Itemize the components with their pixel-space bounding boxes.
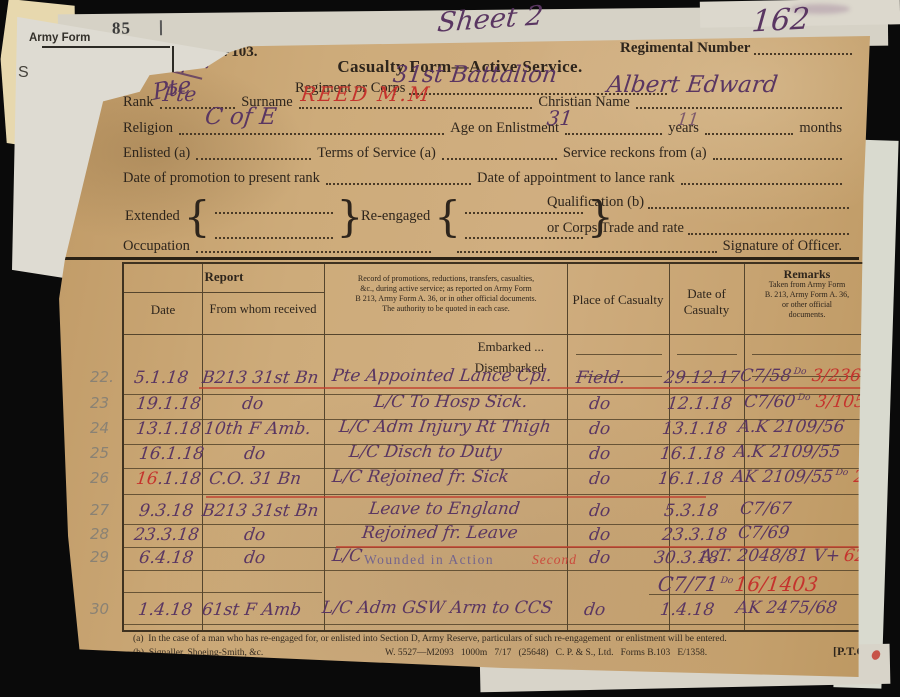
table-row: 301.4.1861st F AmbL/C Adm GSW Arm to CCS… [124,600,866,626]
cell-place-of-casualty: do [588,446,611,463]
red-ink-line [206,496,706,498]
dotted-line [754,41,852,55]
row-number: 25 [90,444,109,462]
lance-rank-label: Date of appointment to lance rank [477,170,675,187]
cell-date-of-casualty: 1.4.18 [659,602,715,619]
wounded-in-action-stamp: Wounded in Action [364,552,494,568]
cell-from-whom: B213 31st Bn [201,370,319,387]
cell-report-date: 5.1.18 [133,370,189,387]
age-years-value: 31 [546,108,574,128]
cell-date-of-casualty: 5.3.18 [663,503,719,520]
extended-label: Extended [125,208,180,225]
row-number: 27 [90,501,109,519]
cell-from-whom: do [243,527,266,544]
row-number: 29 [90,548,109,566]
entry-line [576,354,662,355]
dotted-line [457,239,716,253]
cell-place-of-casualty: Field. [575,370,626,387]
dotted-line [705,121,793,135]
cell-record: L/C Rejoined fr. Sick [331,469,510,486]
dotted-line [648,195,849,209]
promotion-label: Date of promotion to present rank [123,170,320,187]
cell-record: L/C Adm Injury Rt Thigh [338,419,552,436]
report-header: Report [124,269,324,285]
row-number: 26 [90,469,109,487]
footnote-a: (a) In the case of a man who has re-enga… [133,634,727,644]
underlying-letter: S [18,64,29,82]
cell-from-whom: do [241,396,264,413]
left-brace: { [184,197,211,237]
row-number: 28 [90,525,109,543]
row-number: 22. [90,368,114,386]
cell-remarks: C7/58Do3/236 [739,368,862,385]
dotted-line [688,221,849,235]
religion-value: C of E [204,106,278,129]
cell-report-date: 19.1.18 [135,396,202,413]
underlying-form-label: Army Form [29,32,90,44]
cell-date-of-casualty: 23.3.18 [661,527,728,544]
cell-report-date: 9.3.18 [138,503,194,520]
cell-date-of-casualty: 12.1.18 [666,396,733,413]
months-label: months [799,120,842,137]
cell-remarks-line2: C7/71Do16/1403 [657,574,819,594]
scanned-document-page: 85 Army Form S Army Form B. 103. Regimen… [0,0,900,697]
red-ink-line [199,387,870,389]
left-brace: { [434,197,461,237]
cell-from-whom: 61st F Amb [201,602,302,619]
entry-line [677,354,737,355]
row-rule [649,594,870,595]
row-number: 24 [90,419,109,437]
dotted-line [215,200,333,214]
cell-record: L/C Adm GSW Arm to CCS [321,600,553,617]
dotted-line [196,146,311,160]
age-months-value: 11 [676,112,700,129]
cell-report-date: 16.1.18 [135,471,202,488]
second-occasion-stamp: Second [532,552,577,568]
cell-report-date: 6.4.18 [138,550,194,567]
header-divider [124,292,324,293]
cell-report-date: 13.1.18 [135,421,202,438]
cell-remarks: A.K 2109/56 [737,419,846,436]
printer-imprint: W. 5527—M2093 1000m 7/17 (25648) C. P. &… [385,648,707,658]
cell-date-of-casualty: 13.1.18 [661,421,728,438]
cell-place-of-casualty: do [588,503,611,520]
cell-from-whom: B213 31st Bn [201,503,319,520]
regimental-number-value: 162 [751,5,811,38]
cell-report-date: 23.3.18 [133,527,200,544]
remarks-column-subheader: Taken from Army Form B. 213, Army Form A… [746,280,868,320]
cell-remarks: C7/60Do3/105 [743,394,866,411]
cell-date-of-casualty: 29.12.17 [663,370,741,387]
tick-mark [160,20,162,35]
rank-label: Rank [123,94,154,111]
footnote-b: (b) Signaller, Shoeing-Smith, &c. [133,648,263,658]
cell-place-of-casualty: do [588,527,611,544]
row-rule [124,419,870,420]
cell-from-whom: do [243,550,266,567]
ruled-line [42,46,170,48]
casualty-date-column-header: Date of Casualty [669,286,744,318]
red-ink-line [336,546,870,548]
corps-trade-label: or Corps Trade and rate [547,220,684,237]
table-row: 22.5.1.18B213 31st BnPte Appointed Lance… [124,368,866,394]
right-brace: } [337,197,364,237]
cell-record: Rejoined fr. Leave [361,525,519,542]
place-column-header: Place of Casualty [567,292,669,308]
cell-remarks: AK 2475/68 [735,600,838,617]
row-rule [124,524,870,525]
cell-place-of-casualty: do [588,550,611,567]
casualty-record-table: Report Date From whom received Record of… [122,262,868,632]
row-rule [124,468,870,469]
cell-record: L/C To Hosp Sick. [373,394,529,411]
age-label: Age on Enlistment [450,120,559,137]
row-rule [124,394,870,395]
cell-record-prefix: L/C [331,548,363,565]
header-bottom-divider [124,334,870,335]
cell-remarks: A.K 2109/55 [733,444,842,461]
cell-place-of-casualty: do [588,396,611,413]
cell-remarks: C7/69 [737,525,790,542]
row-rule [124,494,870,495]
cell-remarks: A.T. 2048/81 V+623 [699,548,877,565]
occupation-label: Occupation [123,238,190,255]
date-column-header: Date [124,302,202,318]
dotted-line [681,171,842,185]
cell-date-of-casualty: 16.1.18 [659,446,726,463]
embarked-label: Embarked ... [424,339,544,355]
cell-from-whom: do [243,446,266,463]
cell-place-of-casualty: do [588,421,611,438]
rank-value: Pte [162,84,198,104]
cell-record: L/C Disch to Duty [348,444,503,461]
sheet-number-annotation: Sheet 2 [436,2,544,36]
dotted-line [326,171,471,185]
dotted-line [713,146,842,160]
cell-report-date: 16.1.18 [138,446,205,463]
cell-place-of-casualty: do [583,602,606,619]
dotted-line [215,225,333,239]
service-reckons-label: Service reckons from (a) [563,145,707,162]
surname-value: REED M.M [300,84,432,104]
cell-from-whom: C.O. 31 Bn [208,471,302,488]
casualty-form: Army Form B. 103. Regimental Number Casu… [55,36,870,677]
religion-label: Religion [123,120,173,137]
terms-of-service-label: Terms of Service (a) [317,145,436,162]
row-number: 23 [90,394,109,412]
reengaged-label: Re-engaged [361,208,430,225]
christian-name-value: Albert Edward [606,74,779,97]
dotted-line [565,121,662,135]
from-whom-column-header: From whom received [202,302,324,317]
qualification-label: Qualification (b) [547,194,644,211]
row-rule [124,570,870,571]
row-number: 30 [90,600,109,618]
signature-label: Signature of Officer. [723,238,842,255]
cell-remarks: C7/67 [739,501,792,518]
record-column-header: Record of promotions, reductions, transf… [328,274,564,314]
dotted-line [442,146,557,160]
cell-date-of-casualty: 16.1.18 [657,471,724,488]
enlisted-label: Enlisted (a) [123,145,190,162]
cell-record: Leave to England [368,501,521,518]
section-divider [63,257,859,260]
row-rule [124,624,870,625]
cell-place-of-casualty: do [588,471,611,488]
entry-line [752,354,864,355]
cell-from-whom: 10th F Amb. [203,421,312,438]
regimental-number-label: Regimental Number [620,40,750,57]
cell-record: Pte Appointed Lance Cpl. [331,368,553,385]
cell-report-date: 1.4.18 [137,602,193,619]
row-rule [124,592,322,593]
row-rule [124,444,870,445]
dotted-line [196,239,432,253]
table-row: 2616.1.18C.O. 31 BnL/C Rejoined fr. Sick… [124,469,866,495]
